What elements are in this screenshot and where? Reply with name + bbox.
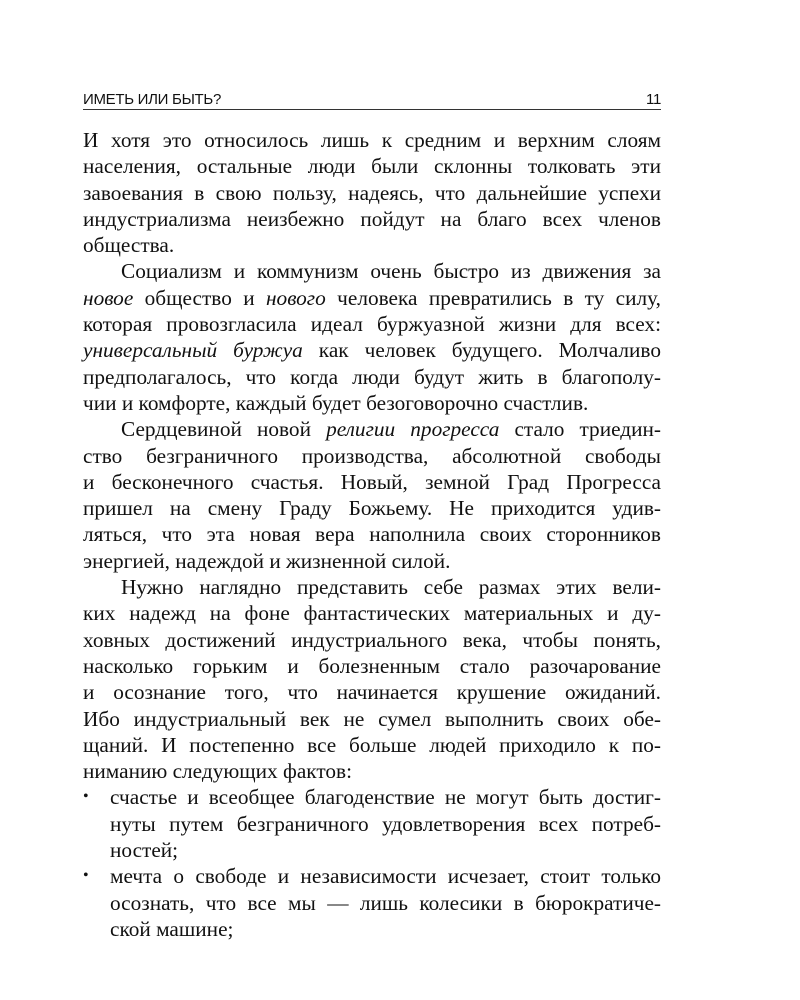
- text-line: ляться, что эта новая вера наполнила сво…: [83, 521, 661, 547]
- text-line: ностей;: [110, 837, 661, 863]
- text-line: энергией, надеждой и жизненной силой.: [83, 548, 661, 574]
- text-line: и бесконечного счастья. Новый, земной Гр…: [83, 469, 661, 495]
- text-line: общества.: [83, 232, 661, 258]
- text-line: новое общество и нового человека преврат…: [83, 285, 661, 311]
- paragraph-3: Сердцевиной новой религии прогресса стал…: [83, 416, 661, 574]
- text-line: ниманию следующих фактов:: [83, 758, 661, 784]
- page-body: И хотя это относилось лишь к средним и в…: [83, 127, 661, 942]
- text-line: ких надежд на фоне фантастических матери…: [83, 600, 661, 626]
- bullet-item: • счастье и всеобщее благоденствие не мо…: [83, 784, 661, 863]
- text-line: и осознание того, что начинается крушени…: [83, 679, 661, 705]
- paragraph-2: Социализм и коммунизм очень быстро из дв…: [83, 258, 661, 416]
- bullet-item: • мечта о свободе и независимости исчеза…: [83, 863, 661, 942]
- italic-phrase: религии прогресса: [326, 417, 499, 441]
- text-line: ховных достижений индустриального века, …: [83, 627, 661, 653]
- italic-phrase: нового: [266, 286, 326, 310]
- running-title: ИМЕТЬ ИЛИ БЫТЬ?: [83, 91, 221, 108]
- text-line: завоевания в свою пользу, надеясь, что д…: [83, 180, 661, 206]
- text-line: Нужно наглядно представить себе размах э…: [83, 574, 661, 600]
- text-line: насколько горьким и болезненным стало ра…: [83, 653, 661, 679]
- paragraph-1: И хотя это относилось лишь к средним и в…: [83, 127, 661, 258]
- bullet-icon: •: [83, 863, 89, 889]
- text-line: чии и комфорте, каждый будет безоговороч…: [83, 390, 661, 416]
- text-line: пришел на смену Граду Божьему. Не приход…: [83, 495, 661, 521]
- text-line: населения, остальные люди были склонны т…: [83, 153, 661, 179]
- text-line: Сердцевиной новой религии прогресса стал…: [83, 416, 661, 442]
- text-line: ство безграничного производства, абсолют…: [83, 443, 661, 469]
- text-line: И хотя это относилось лишь к средним и в…: [83, 127, 661, 153]
- bullet-list: • счастье и всеобщее благоденствие не мо…: [83, 784, 661, 942]
- text-line: нуты путем безграничного удовлетворения …: [110, 811, 661, 837]
- paragraph-4: Нужно наглядно представить себе размах э…: [83, 574, 661, 784]
- running-header: ИМЕТЬ ИЛИ БЫТЬ? 11: [83, 86, 661, 108]
- text-line: счастье и всеобщее благоденствие не могу…: [110, 784, 661, 810]
- text-line: мечта о свободе и независимости исчезает…: [110, 863, 661, 889]
- text-line: щаний. И постепенно все больше людей при…: [83, 732, 661, 758]
- italic-phrase: новое: [83, 286, 133, 310]
- text-line: которая провозгласила идеал буржуазной ж…: [83, 311, 661, 337]
- text-line: предполагалось, что когда люди будут жит…: [83, 364, 661, 390]
- italic-phrase: универсальный буржуа: [83, 338, 303, 362]
- bullet-icon: •: [83, 784, 89, 810]
- page-number: 11: [646, 91, 661, 108]
- text-line: индустриализма неизбежно пойдут на благо…: [83, 206, 661, 232]
- text-line: осознать, что все мы — лишь колесики в б…: [110, 890, 661, 916]
- text-line: Социализм и коммунизм очень быстро из дв…: [83, 258, 661, 284]
- text-line: универсальный буржуа как человек будущег…: [83, 337, 661, 363]
- header-rule: [83, 109, 661, 110]
- text-line: ской машине;: [110, 916, 661, 942]
- text-line: Ибо индустриальный век не сумел выполнит…: [83, 706, 661, 732]
